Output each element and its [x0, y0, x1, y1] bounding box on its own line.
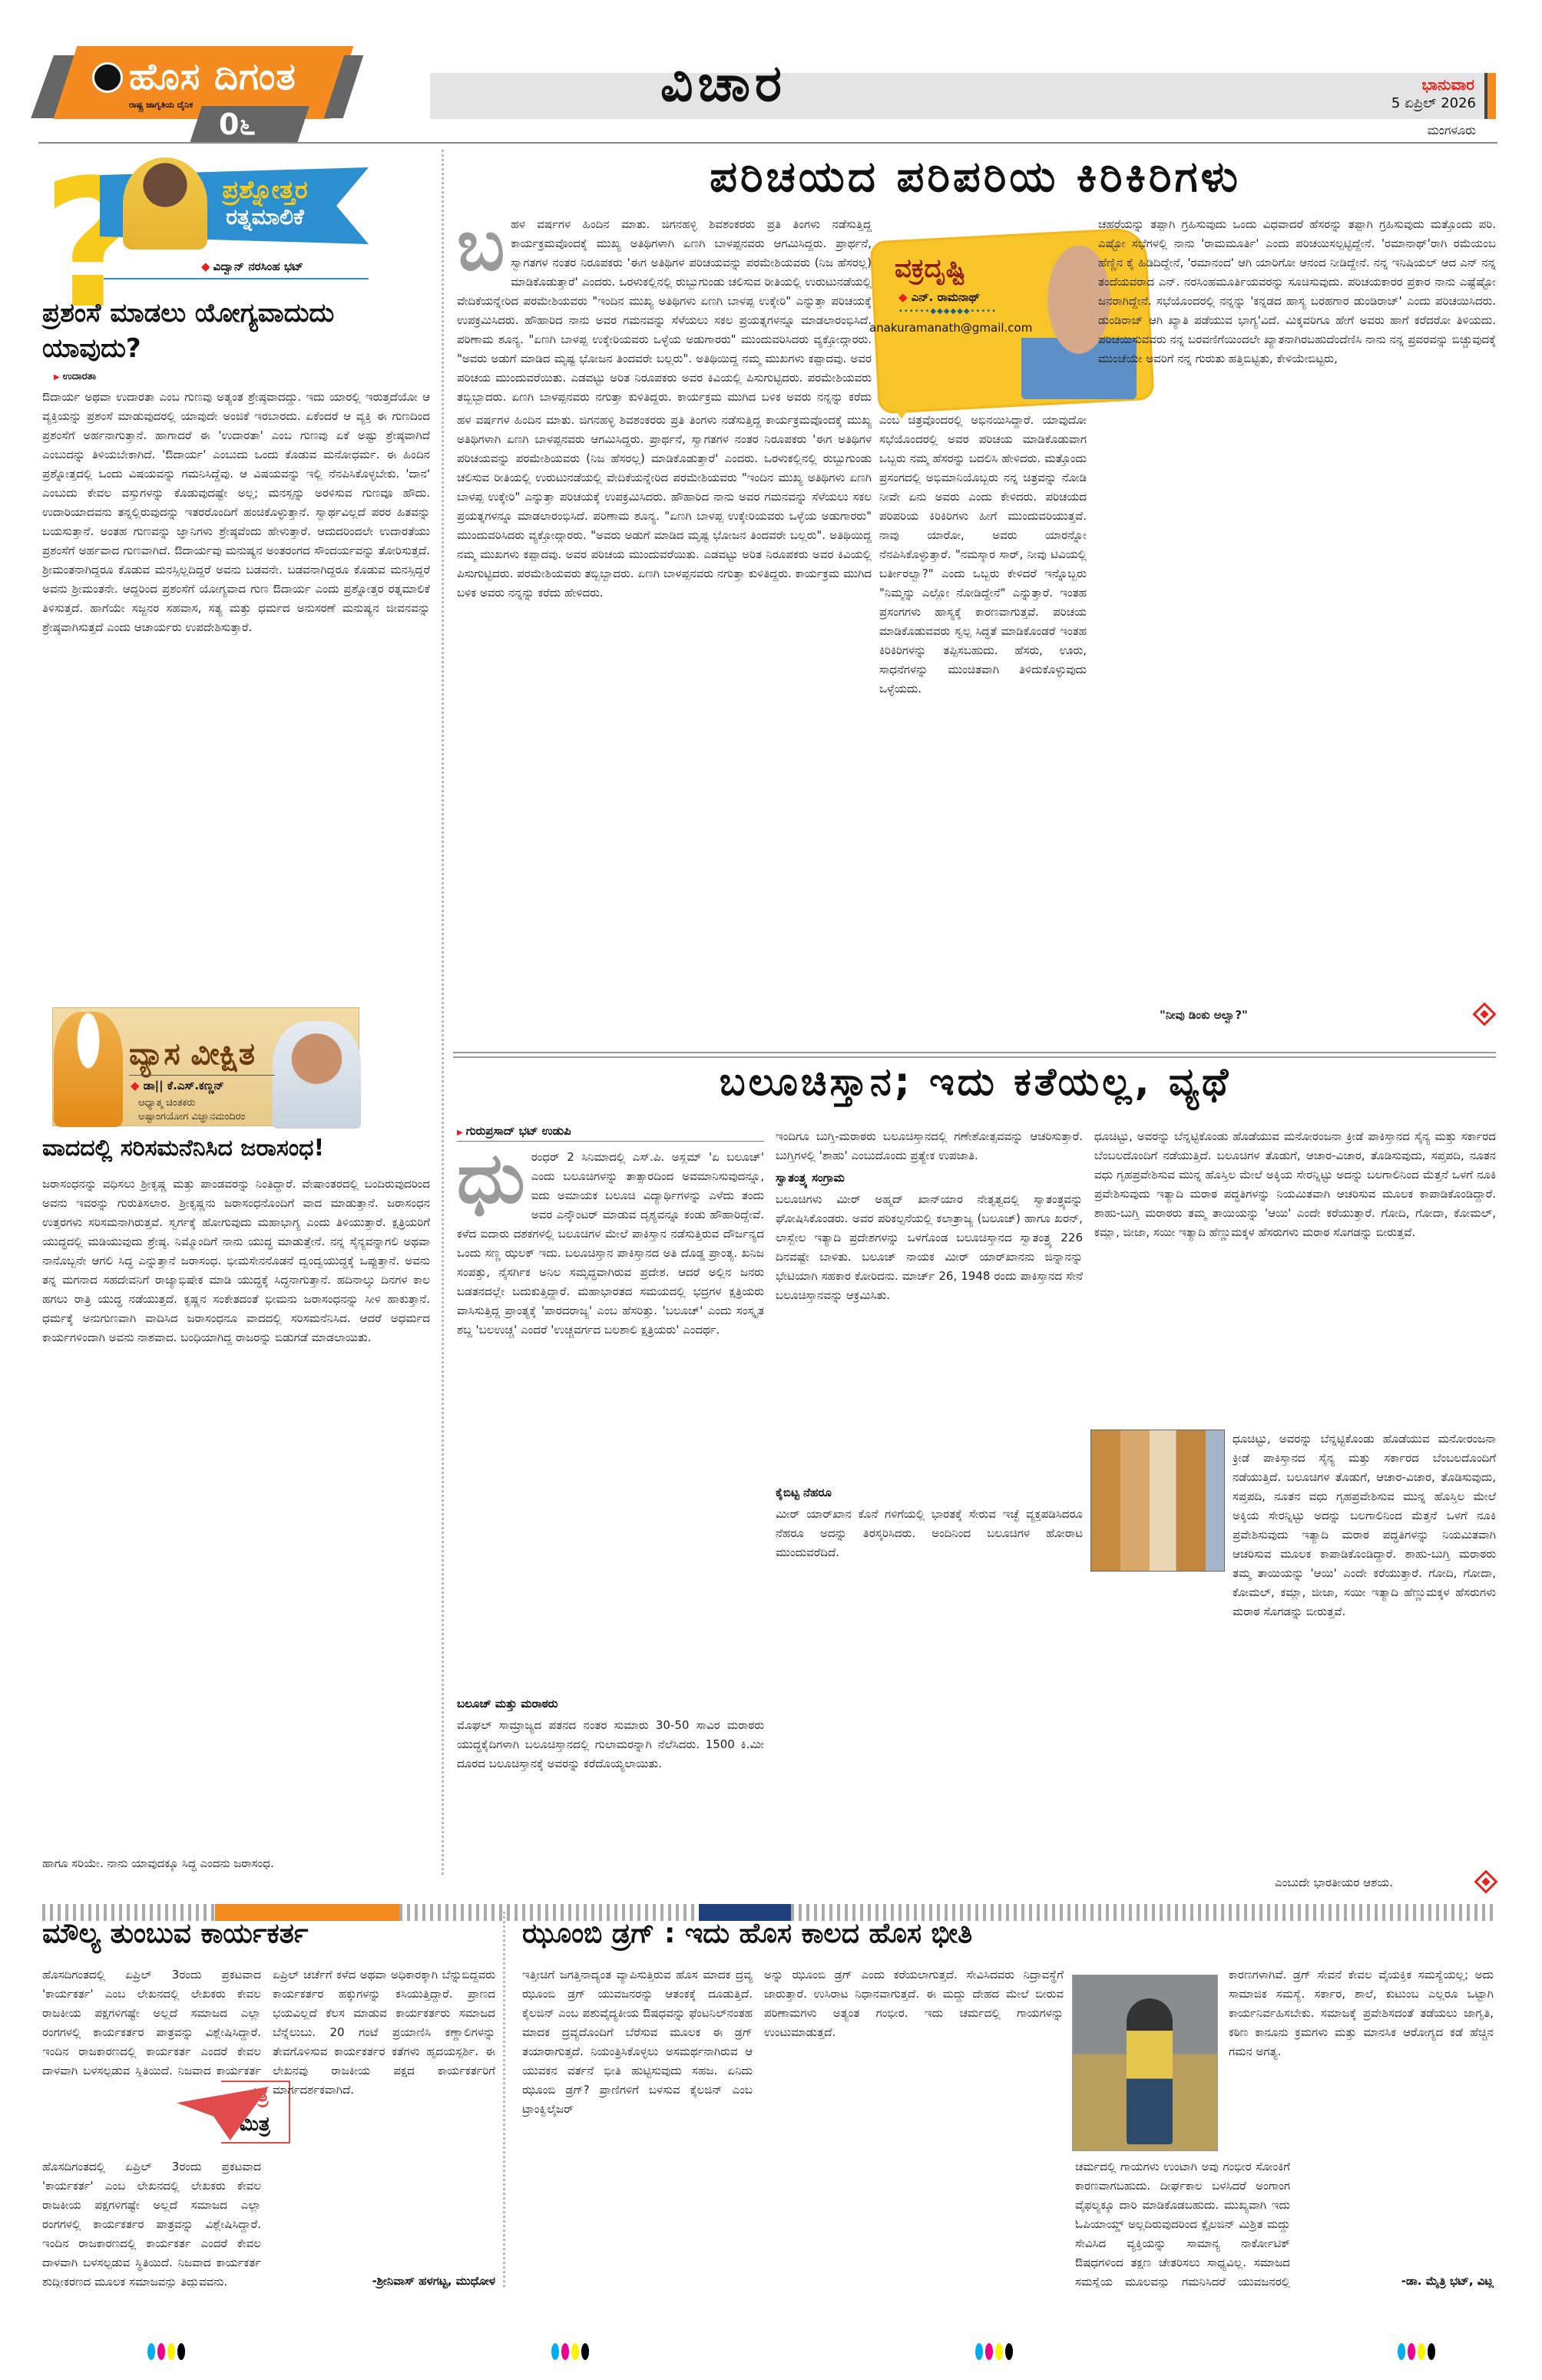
banner-title: ವ್ಯಾಸ ವೀಕ್ಷಿತ [129, 1036, 255, 1072]
subheading: ಬಲೂಚ್ ಮತ್ತು ಮರಾಠರು [457, 1697, 558, 1711]
column-name: ವಕ್ರದೃಷ್ಟಿ [895, 253, 965, 284]
letter-column-2: ಅನ್ನು ಝೂಂಬಿ ಡ್ರಗ್ ಎಂದು ಕರೆಯಲಾಗುತ್ತದೆ. ಸೇ… [764, 1965, 1064, 2288]
article-column-3: ಧೂಚಿಟ್ಟು, ಅವರನ್ನು ಬೆನ್ನಟ್ಟಿಕೊಂಡು ಹೊಡೆಯುವ… [1233, 1430, 1496, 1867]
masthead-rule [38, 142, 1497, 144]
article-column-2-intro: ಇಂದಿಗೂ ಬುಗ್ತಿ-ಮರಾಠರು ಬಲೂಚಿಸ್ತಾನದಲ್ಲಿ ಗಣೇ… [776, 1127, 1083, 1165]
article-column-1b: ಮೊಘಲ್ ಸಾಮ್ರಾಜ್ಯದ ಪತನದ ನಂತರ ಸುಮಾರು 30-50 … [457, 1716, 764, 1869]
article-kicker: ಉದಾರತಾ [54, 371, 96, 382]
banner-underline [104, 278, 369, 279]
letter-signature: -ಶ್ರೀನಿವಾಸ್ ಹಳಗಟ್ಟ, ಮುಧೋಳ [273, 2274, 495, 2288]
byline-rule [457, 1141, 764, 1142]
author-role: ಆಧ್ಯಾತ್ಮ ಚಿಂತಕರುಅಷ್ಟಾಂಗಯೋಗ ವಿಜ್ಞಾನಮಂದಿರಂ [138, 1096, 245, 1124]
emblem-icon [92, 62, 123, 93]
registration-marks [147, 2343, 185, 2360]
end-marker-icon [1474, 1869, 1497, 1893]
masthead-tagline: ರಾಷ್ಟ್ರ ಜಾಗೃತಿಯ ದೈನಿಕ [129, 100, 193, 111]
letter-column-1: ಹೊಸದಿಗಂತದಲ್ಲಿ ಏಪ್ರಿಲ್ 3ರಂದು ಪ್ರಕಟವಾದ 'ಕಾ… [42, 2157, 261, 2288]
article-headline: ಮೌಲ್ಯ ತುಂಬುವ ಕಾರ್ಯಕರ್ತ [42, 1918, 308, 1950]
article-column-2b: ಮೀರ್ ಯಾರ್‌ಖಾನ ಕೊನೆ ಗಳಿಗೆಯಲ್ಲಿ ಭಾರತಕ್ಕೆ ಸ… [776, 1505, 1083, 1869]
article-column-3: ಚಹರೆಯನ್ನು ತಪ್ಪಾಗಿ ಗ್ರಹಿಸುವುದು ಒಂದು ವಿಧವಾ… [1098, 215, 1496, 998]
article-column-3-top: ಧೂಚಿಟ್ಟು, ಅವರನ್ನು ಬೆನ್ನಟ್ಟಿಕೊಂಡು ಹೊಡೆಯುವ… [1094, 1127, 1496, 1426]
decorative-dots: ••••••◆◆◆◆◆◆••••• [898, 307, 997, 316]
logo-text: ಹೊಸ ದಿಗಂತ [129, 55, 296, 99]
article-body: ಜರಾಸಂಧನನ್ನು ವಧಿಸಲು ಶ್ರೀಕೃಷ್ಣ ಮತ್ತು ಪಾಂಡವ… [42, 1175, 430, 1850]
masthead-accent [1484, 73, 1496, 119]
banner-subtitle: ರತ್ನಮಾಲಿಕೆ [207, 204, 323, 230]
article-column-1-top: ಬಹಳ ವರ್ಷಗಳ ಹಿಂದಿನ ಮಾತು. ಜಿಗನಹಳ್ಳಿ ಶಿವಶಂಕ… [457, 215, 872, 407]
article-headline: ಪರಿಚಯದ ಪರಿಪರಿಯ ಕಿರಿಕಿರಿಗಳು [453, 152, 1497, 203]
article-column-2: ಎಂಬ ಚಿತ್ರವೊಂದರಲ್ಲಿ ಅಭಿನಯಿಸಿದ್ದಾರೆ. ಯಾವುದ… [879, 411, 1087, 1048]
article-photo [1090, 1430, 1225, 1572]
article-headline: ಬಲೂಚಿಸ್ತಾನ; ಇದು ಕತೆಯಲ್ಲ, ವ್ಯಥೆ [453, 1059, 1497, 1105]
letter-column-2: ಏಪ್ರಿಲ್ ಚರ್ಚೆಗೆ ಕಳೆದ ಅಥವಾ ಅಧಿಕಾರಕ್ಕಾಗಿ ಬ… [273, 1965, 495, 2273]
registration-marks [551, 2343, 589, 2360]
masthead-logo[interactable]: ಹೊಸ ದಿಗಂತ [92, 55, 296, 99]
article-body: ಔದಾರ್ಯ ಅಥವಾ ಉದಾರತಾ ಎಂಬ ಗುಣವು ಅತ್ಯಂತ ಶ್ರೇ… [42, 388, 430, 994]
masthead-day: ಭಾನುವಾರ [1359, 75, 1474, 94]
article-closing: ಹಾಗೂ ಸರಿಯೇ. ನಾನು ಯಾವುದಕ್ಕೂ ಸಿದ್ಧ ಎಂದನು ಜ… [42, 1854, 430, 1873]
drop-cap: ಧು [457, 1148, 525, 1209]
page-number: 0೬ [219, 107, 256, 142]
article-column-2: ಬಲೂಚಿಗಳು ಮೀರ್ ಅಹ್ಮದ್ ಖಾನ್‌ಯಾರ ನೇತೃತ್ವದಲ್… [776, 1190, 1083, 1474]
drop-cap: ಬ [457, 215, 505, 276]
article-headline: ಪ್ರಶಂಸೆ ಮಾಡಲು ಯೋಗ್ಯವಾದುದು ಯಾವುದು? [42, 296, 426, 366]
sage-illustration [54, 1012, 123, 1127]
column-separator [503, 1912, 505, 2288]
masthead-bar [430, 73, 1490, 119]
section-divider [453, 1052, 1496, 1058]
subheading: ಸ್ವಾತಂತ್ರ್ಯ ಸಂಗ್ರಾಮ [776, 1171, 845, 1185]
registration-marks [975, 2343, 1013, 2360]
letter-column-1-top: ಹೊಸದಿಗಂತದಲ್ಲಿ ಏಪ್ರಿಲ್ 3ರಂದು ಪ್ರಕಟವಾದ 'ಕಾ… [42, 1965, 261, 2077]
author-byline: ◆ ಎನ್. ರಾಮನಾಥ್ [898, 290, 980, 304]
registration-marks [1398, 2343, 1435, 2360]
author-photo [273, 1021, 361, 1129]
article-closing: ಎಂಬುದೇ ಭಾರತೀಯರ ಆಶಯ. [1275, 1873, 1459, 1892]
column-separator [442, 150, 444, 1877]
article-column-1: ಧುರಂಧರ್ 2 ಸಿನಿಮಾದಲ್ಲಿ ಎಸ್.ಪಿ. ಅಸ್ಲಮ್ 'ಏ … [457, 1148, 764, 1693]
article-headline: ವಾದದಲ್ಲಿ ಸರಿಸಮನೆನಿಸಿದ ಜರಾಸಂಧ! [42, 1135, 426, 1162]
author-photo [123, 157, 207, 250]
banner-title: ಪ್ರಶ್ನೋತ್ತರ [207, 175, 323, 204]
banner-rule [129, 1075, 275, 1076]
author-email[interactable]: anakuramanath@gmail.com [869, 321, 1032, 335]
masthead-date: 5 ಏಪ್ರಿಲ್ 2026 [1336, 95, 1476, 111]
closing-quote: "ನೀವು ಡಿಂಕು ಅಲ್ವಾ?" [1160, 1006, 1390, 1027]
author-byline: ಗುರುಪ್ರಸಾದ್ ಭಟ್ ಉಡುಪಿ [457, 1124, 571, 1138]
article-column-1: ಹಳ ವರ್ಷಗಳ ಹಿಂದಿನ ಮಾತು. ಜಿಗನಹಳ್ಳಿ ಶಿವಶಂಕರ… [457, 411, 872, 1048]
subheading: ಕೈಬಿಟ್ಟ ನೆಹರೂ [776, 1486, 832, 1499]
letter-signature: -ಡಾ. ಮೈತ್ರಿ ಭಟ್, ವಿಟ್ಲ [1229, 2274, 1494, 2288]
end-marker-icon [1472, 1002, 1496, 1026]
article-photo [1072, 1975, 1218, 2151]
article-headline: ಝೂಂಬಿ ಡ್ರಗ್ : ಇದು ಹೊಸ ಕಾಲದ ಹೊಸ ಭೀತಿ [522, 1918, 972, 1950]
letter-column-1: ಇತ್ತೀಚಿಗೆ ಜಗತ್ತಿನಾದ್ಯಂತ ವ್ಯಾಪಿಸುತ್ತಿರುವ … [522, 1965, 753, 2288]
author-byline: ◆ ಡಾ|| ಕೆ.ಎಸ್.ಕಣ್ಣನ್ [131, 1079, 224, 1092]
masthead-city: ಮಂಗಳೂರು [1367, 123, 1476, 138]
author-byline: ◆ವಿದ್ವಾನ್ ನರಸಿಂಹ ಭಟ್ [201, 259, 303, 273]
letter-column-4: ಕಾರಣಗಳಾಗಿವೆ. ಡ್ರಗ್ ಸೇವನೆ ಕೇವಲ ವೈಯಕ್ತಿಕ ಸ… [1229, 1965, 1494, 2273]
section-title: ವಿಚಾರ [660, 54, 786, 114]
